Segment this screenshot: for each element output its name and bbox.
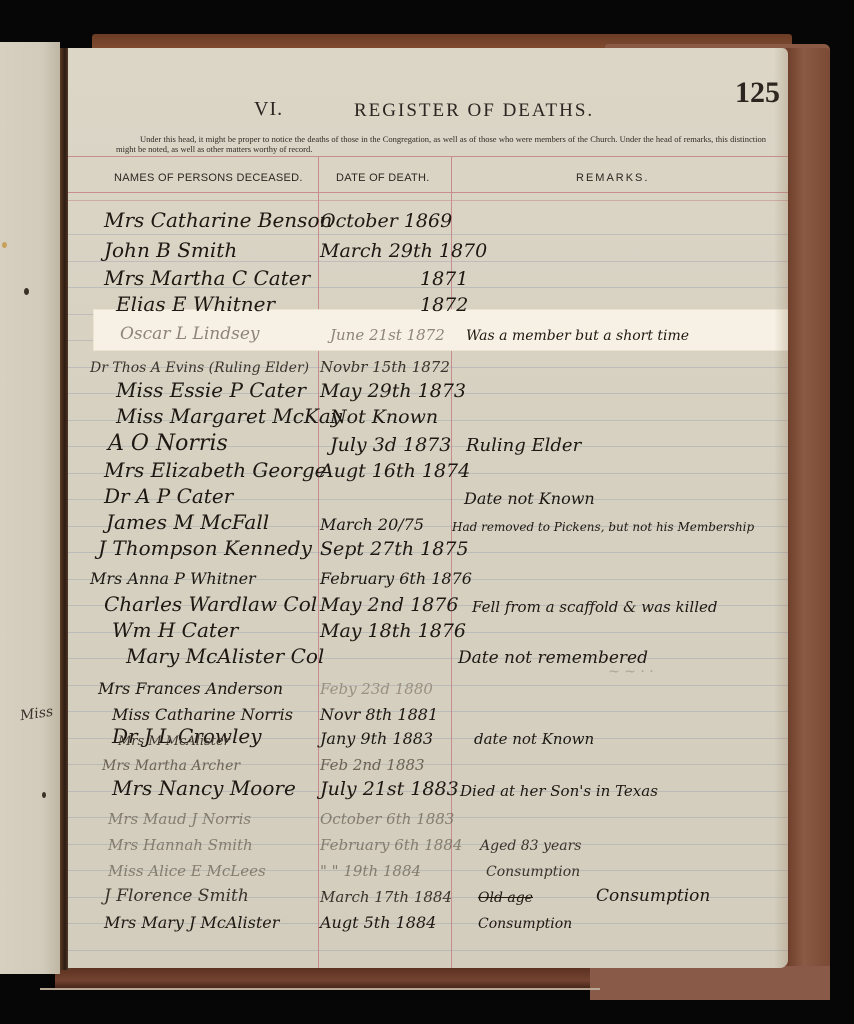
entry-name: Miss Essie P Cater bbox=[116, 378, 306, 402]
stain-spot bbox=[2, 242, 7, 248]
entry-name: J Thompson Kennedy bbox=[98, 536, 312, 560]
writing-line bbox=[68, 950, 788, 951]
entry-name: Oscar L Lindsey bbox=[120, 324, 260, 344]
entry-date: June 21st 1872 bbox=[330, 326, 445, 344]
page-title: REGISTER OF DEATHS. bbox=[354, 100, 594, 122]
book-cover-bottom-corner bbox=[590, 966, 830, 1000]
header-rule-double bbox=[68, 200, 788, 201]
entry-date: May 2nd 1876 bbox=[320, 594, 458, 616]
entry-name: Wm H Cater bbox=[112, 618, 238, 642]
entry-row: Mrs Catharine Benson October 1869 bbox=[68, 204, 788, 234]
entry-date: March 29th 1870 bbox=[320, 240, 487, 262]
entry-date: February 6th 1876 bbox=[320, 569, 472, 588]
column-header-names: NAMES OF PERSONS DECEASED. bbox=[114, 172, 303, 184]
scan-background: 125 VI. REGISTER OF DEATHS. Under this h… bbox=[0, 0, 854, 1024]
ink-spot bbox=[24, 288, 29, 295]
faded-pencil-mark: ~ ~ · · bbox=[608, 664, 654, 680]
ink-spot bbox=[42, 792, 46, 798]
entry-date: Not Known bbox=[330, 406, 438, 428]
entry-row: Mrs Mary J McAlister Augt 5th 1884 Consu… bbox=[68, 904, 788, 934]
header-rule-top bbox=[68, 156, 788, 157]
page-stack-edge bbox=[40, 988, 600, 990]
entry-name: Mrs Catharine Benson bbox=[104, 208, 332, 232]
entry-remarks: Was a member but a short time bbox=[466, 328, 689, 344]
entry-row: Mary McAlister Col Date not remembered bbox=[68, 640, 788, 670]
header-rule-bottom bbox=[68, 192, 788, 193]
entry-name: A O Norris bbox=[108, 431, 228, 456]
entry-remarks: Consumption bbox=[478, 916, 572, 932]
instructions-text: Under this head, it might be proper to n… bbox=[116, 134, 766, 154]
entry-row: John B Smith March 29th 1870 bbox=[68, 234, 788, 264]
book-cover-bottom-edge bbox=[55, 966, 595, 990]
facing-page-left bbox=[0, 42, 60, 974]
entry-remarks: Ruling Elder bbox=[466, 435, 581, 456]
entry-name: Mrs Elizabeth George bbox=[104, 458, 326, 482]
entry-date: Sept 27th 1875 bbox=[320, 538, 469, 560]
entry-date: May 29th 1873 bbox=[320, 380, 466, 402]
entry-date: 1871 bbox=[420, 268, 468, 290]
entry-name: Mrs Martha C Cater bbox=[104, 266, 310, 290]
entry-name: Miss Margaret McKay bbox=[116, 404, 342, 428]
entry-name: John B Smith bbox=[104, 238, 237, 262]
entry-name: James M McFall bbox=[106, 510, 269, 534]
entry-date: July 21st 1883 bbox=[320, 778, 459, 800]
entry-name: J Florence Smith bbox=[104, 886, 249, 906]
entry-row: J Thompson Kennedy Sept 27th 1875 bbox=[68, 532, 788, 562]
column-header-remarks: REMARKS. bbox=[576, 172, 649, 184]
entry-date: Augt 5th 1884 bbox=[320, 913, 436, 932]
entry-name: Dr A P Cater bbox=[104, 484, 233, 508]
entry-remarks: Died at her Son's in Texas bbox=[460, 782, 658, 800]
entry-overwrite: Mrs M McAlister bbox=[118, 734, 230, 749]
entry-row: Elias E Whitner 1872 bbox=[68, 288, 788, 318]
entry-name: Mrs Nancy Moore bbox=[112, 776, 296, 800]
entry-name: Mrs Mary J McAlister bbox=[104, 913, 279, 932]
entry-name: Charles Wardlaw Col bbox=[104, 592, 317, 616]
entry-date: 1872 bbox=[420, 294, 468, 316]
entry-date: May 18th 1876 bbox=[320, 620, 466, 642]
entry-name: Mrs Anna P Whitner bbox=[90, 569, 256, 588]
page-number: 125 bbox=[735, 76, 780, 110]
entry-date: October 1869 bbox=[320, 210, 452, 232]
entry-row: Mrs Nancy Moore July 21st 1883 Died at h… bbox=[68, 772, 788, 802]
book-cover-right-edge bbox=[786, 48, 830, 1000]
entry-row: Miss Margaret McKay Not Known bbox=[68, 400, 788, 430]
entry-name: Mary McAlister Col bbox=[126, 644, 324, 668]
column-header-date: DATE OF DEATH. bbox=[336, 172, 430, 184]
entry-remarks: Consumption bbox=[596, 886, 710, 906]
register-page: 125 VI. REGISTER OF DEATHS. Under this h… bbox=[68, 48, 788, 968]
entry-name: Elias E Whitner bbox=[116, 292, 275, 316]
entry-row-highlighted: Oscar L Lindsey June 21st 1872 Was a mem… bbox=[68, 316, 788, 346]
entry-row: Mrs Anna P Whitner February 6th 1876 bbox=[68, 560, 788, 590]
entry-date: Augt 16th 1874 bbox=[320, 460, 470, 482]
entry-date: July 3d 1873 bbox=[330, 434, 451, 456]
section-number: VI. bbox=[254, 98, 283, 121]
